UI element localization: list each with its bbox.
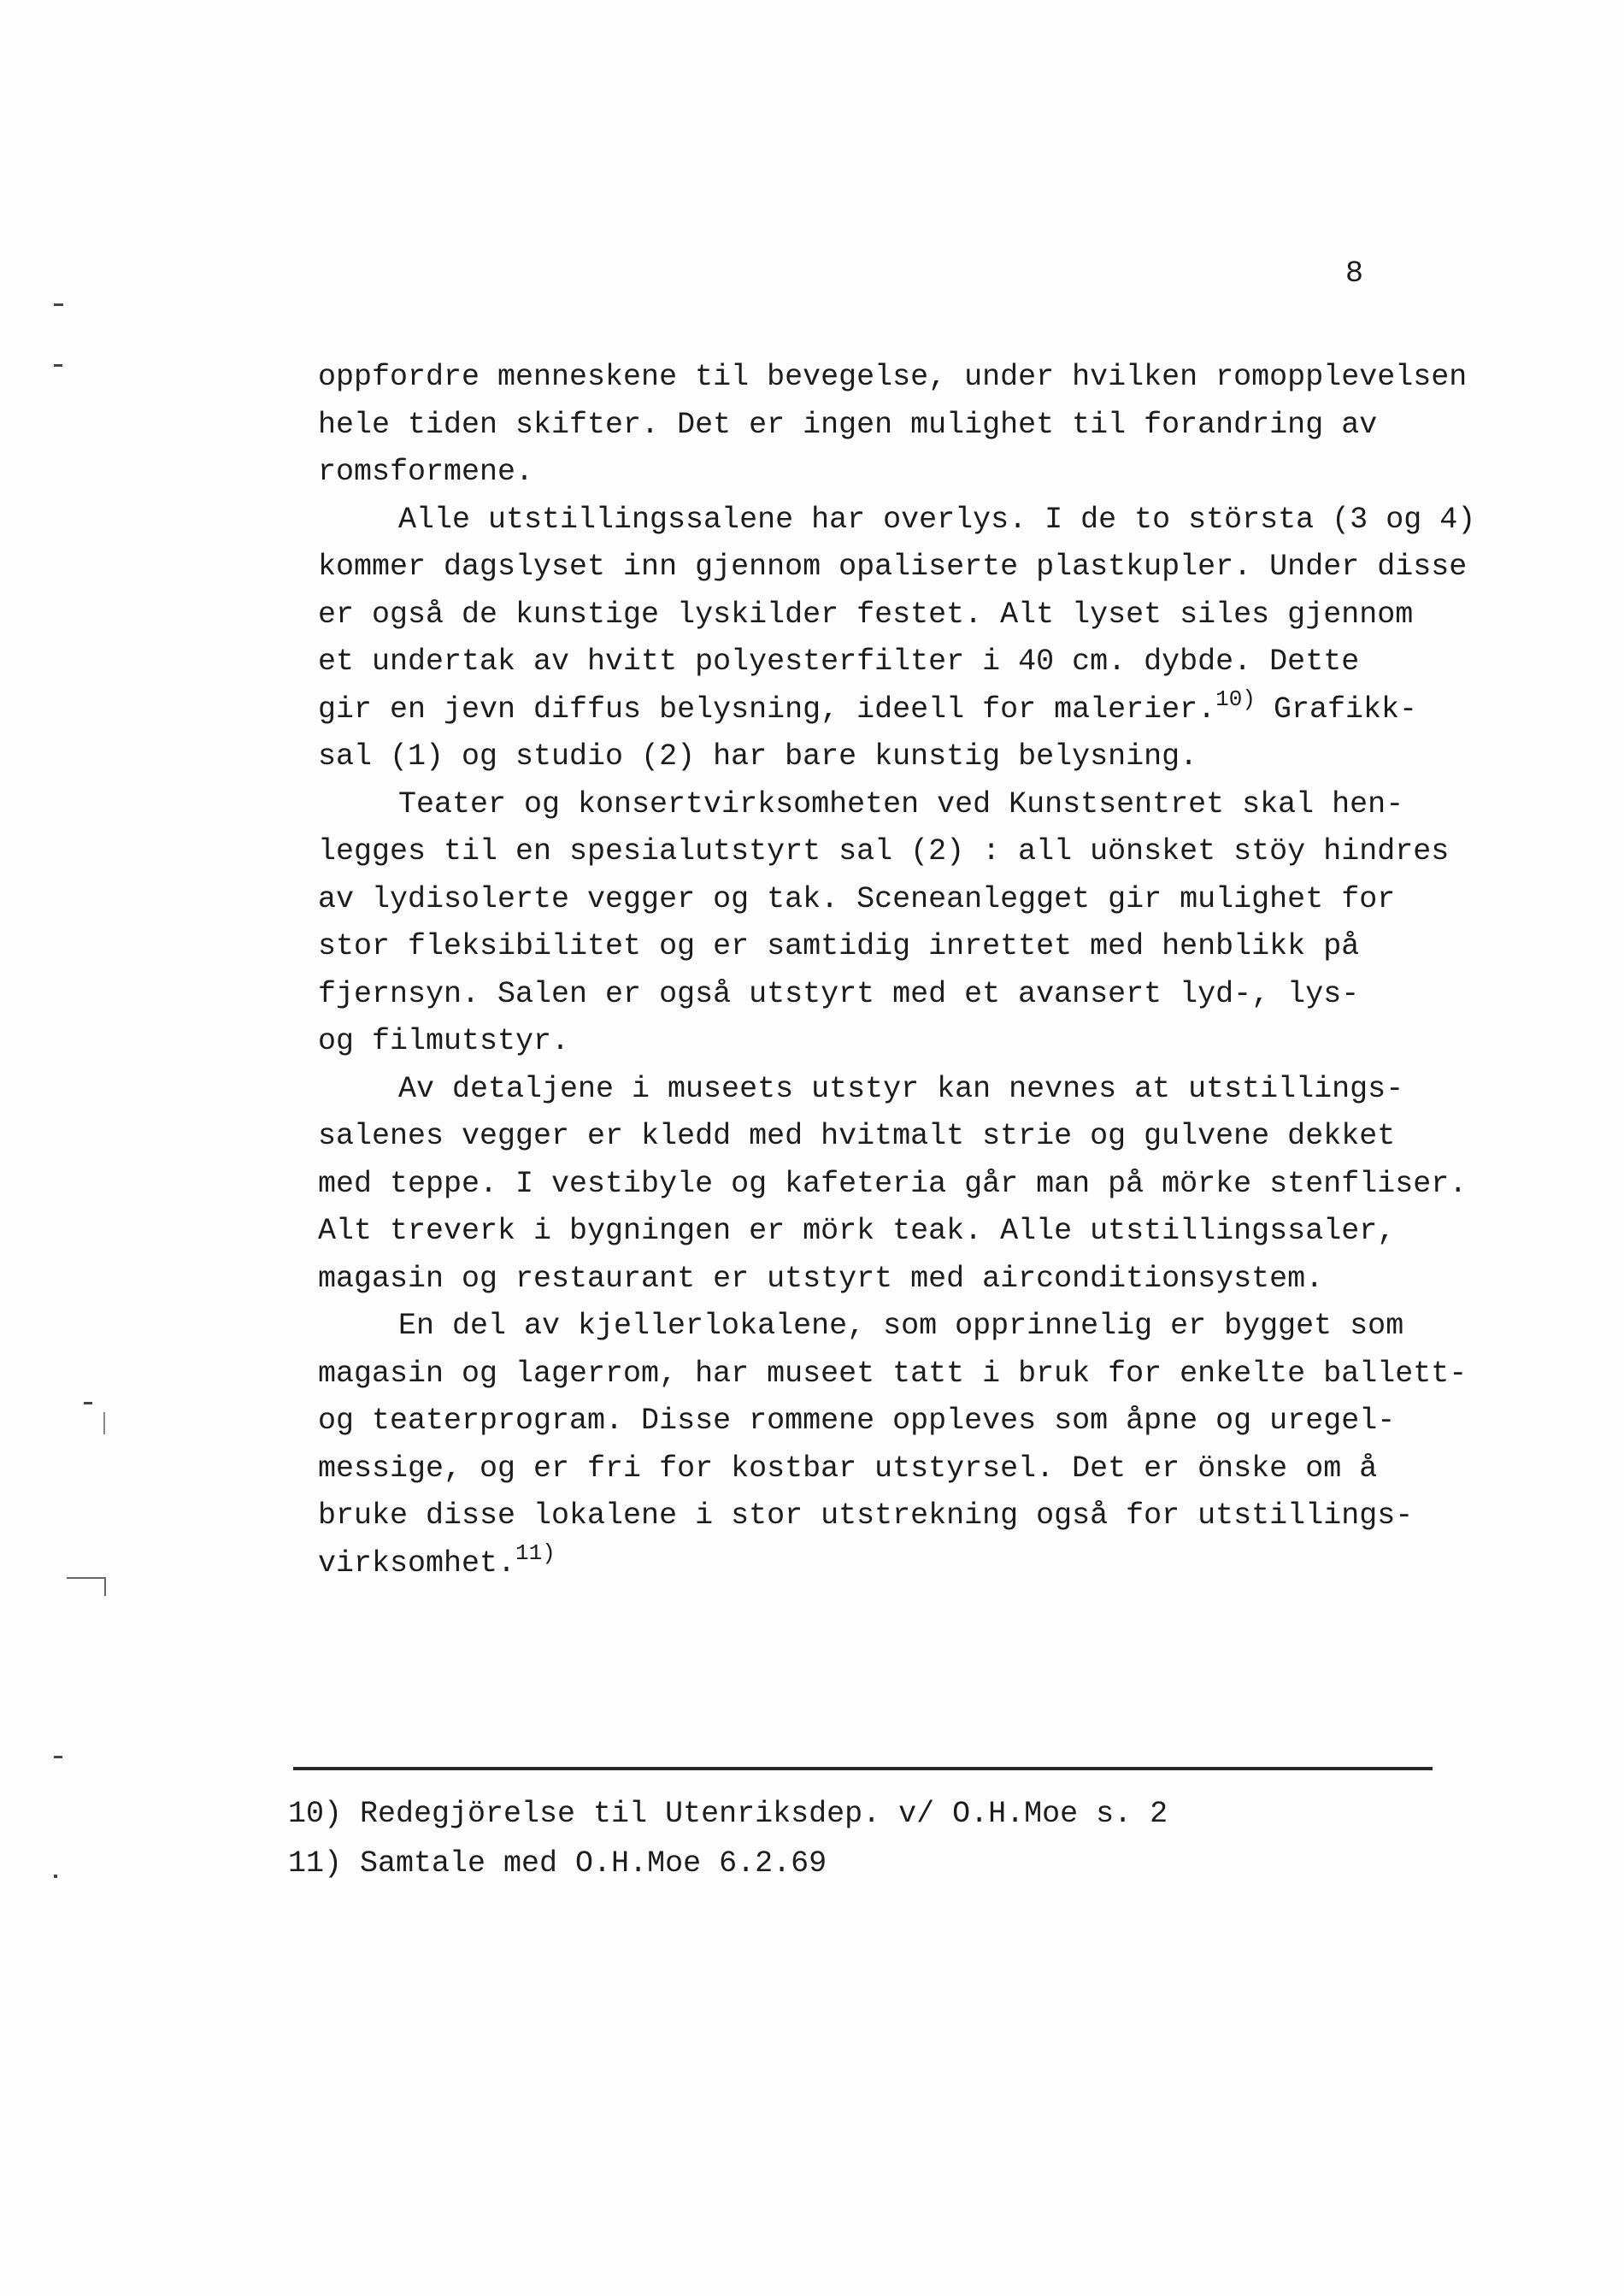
text-line: et undertak av hvitt polyesterfilter i 4… (318, 639, 1475, 686)
text-line: Alt treverk i bygningen er mörk teak. Al… (318, 1208, 1475, 1256)
footnotes: 10) Redegjörelse til Utenriksdep. v/ O.H… (288, 1789, 1168, 1888)
text-line: magasin og lagerrom, har museet tatt i b… (318, 1351, 1475, 1398)
text-line: virksomhet.11) (318, 1540, 1475, 1588)
footnote: 11) Samtale med O.H.Moe 6.2.69 (288, 1839, 1168, 1888)
text-line: oppfordre menneskene til bevegelse, unde… (318, 354, 1475, 402)
scan-mark (103, 1412, 105, 1434)
text-line: hele tiden skifter. Det er ingen mulighe… (318, 402, 1475, 450)
scan-mark (54, 1756, 62, 1758)
text-line: sal (1) og studio (2) har bare kunstig b… (318, 733, 1475, 781)
text-line: legges til en spesialutstyrt sal (2) : a… (318, 828, 1475, 876)
text-line: er også de kunstige lyskilder festet. Al… (318, 592, 1475, 639)
page-number: 8 (1345, 256, 1363, 291)
text-line: Teater og konsertvirksomheten ved Kunsts… (318, 781, 1475, 829)
text-line: En del av kjellerlokalene, som opprinnel… (318, 1303, 1475, 1351)
footnote: 10) Redegjörelse til Utenriksdep. v/ O.H… (288, 1789, 1168, 1839)
text-line: messige, og er fri for kostbar utstyrsel… (318, 1445, 1475, 1493)
document-page: 8 oppfordre menneskene til bevegelse, un… (0, 0, 1624, 2296)
scan-mark (104, 1577, 106, 1596)
footnote-reference: 11) (515, 1540, 556, 1566)
scan-mark (54, 1875, 57, 1878)
text-line: fjernsyn. Salen er også utstyrt med et a… (318, 971, 1475, 1019)
text-line: gir en jevn diffus belysning, ideell for… (318, 686, 1475, 734)
scan-mark (84, 1402, 92, 1404)
text-line: av lydisolerte vegger og tak. Sceneanleg… (318, 876, 1475, 924)
text-line: med teppe. I vestibyle og kafeteria går … (318, 1161, 1475, 1209)
footnote-separator (293, 1767, 1433, 1770)
text-line: stor fleksibilitet og er samtidig inrett… (318, 923, 1475, 971)
scan-mark (54, 303, 63, 306)
scan-mark (54, 364, 62, 367)
text-line: romsformene. (318, 449, 1475, 497)
text-line: kommer dagslyset inn gjennom opaliserte … (318, 544, 1475, 592)
text-line: og teaterprogram. Disse rommene oppleves… (318, 1398, 1475, 1445)
text-line: og filmutstyr. (318, 1018, 1475, 1066)
body-text: oppfordre menneskene til bevegelse, unde… (318, 354, 1475, 1587)
text-line: salenes vegger er kledd med hvitmalt str… (318, 1113, 1475, 1161)
scan-mark (67, 1577, 106, 1579)
text-line: magasin og restaurant er utstyrt med air… (318, 1256, 1475, 1304)
text-line: bruke disse lokalene i stor utstrekning … (318, 1492, 1475, 1540)
text-line: Av detaljene i museets utstyr kan nevnes… (318, 1066, 1475, 1114)
footnote-reference: 10) (1215, 686, 1256, 712)
text-line: Alle utstillingssalene har overlys. I de… (318, 497, 1475, 545)
